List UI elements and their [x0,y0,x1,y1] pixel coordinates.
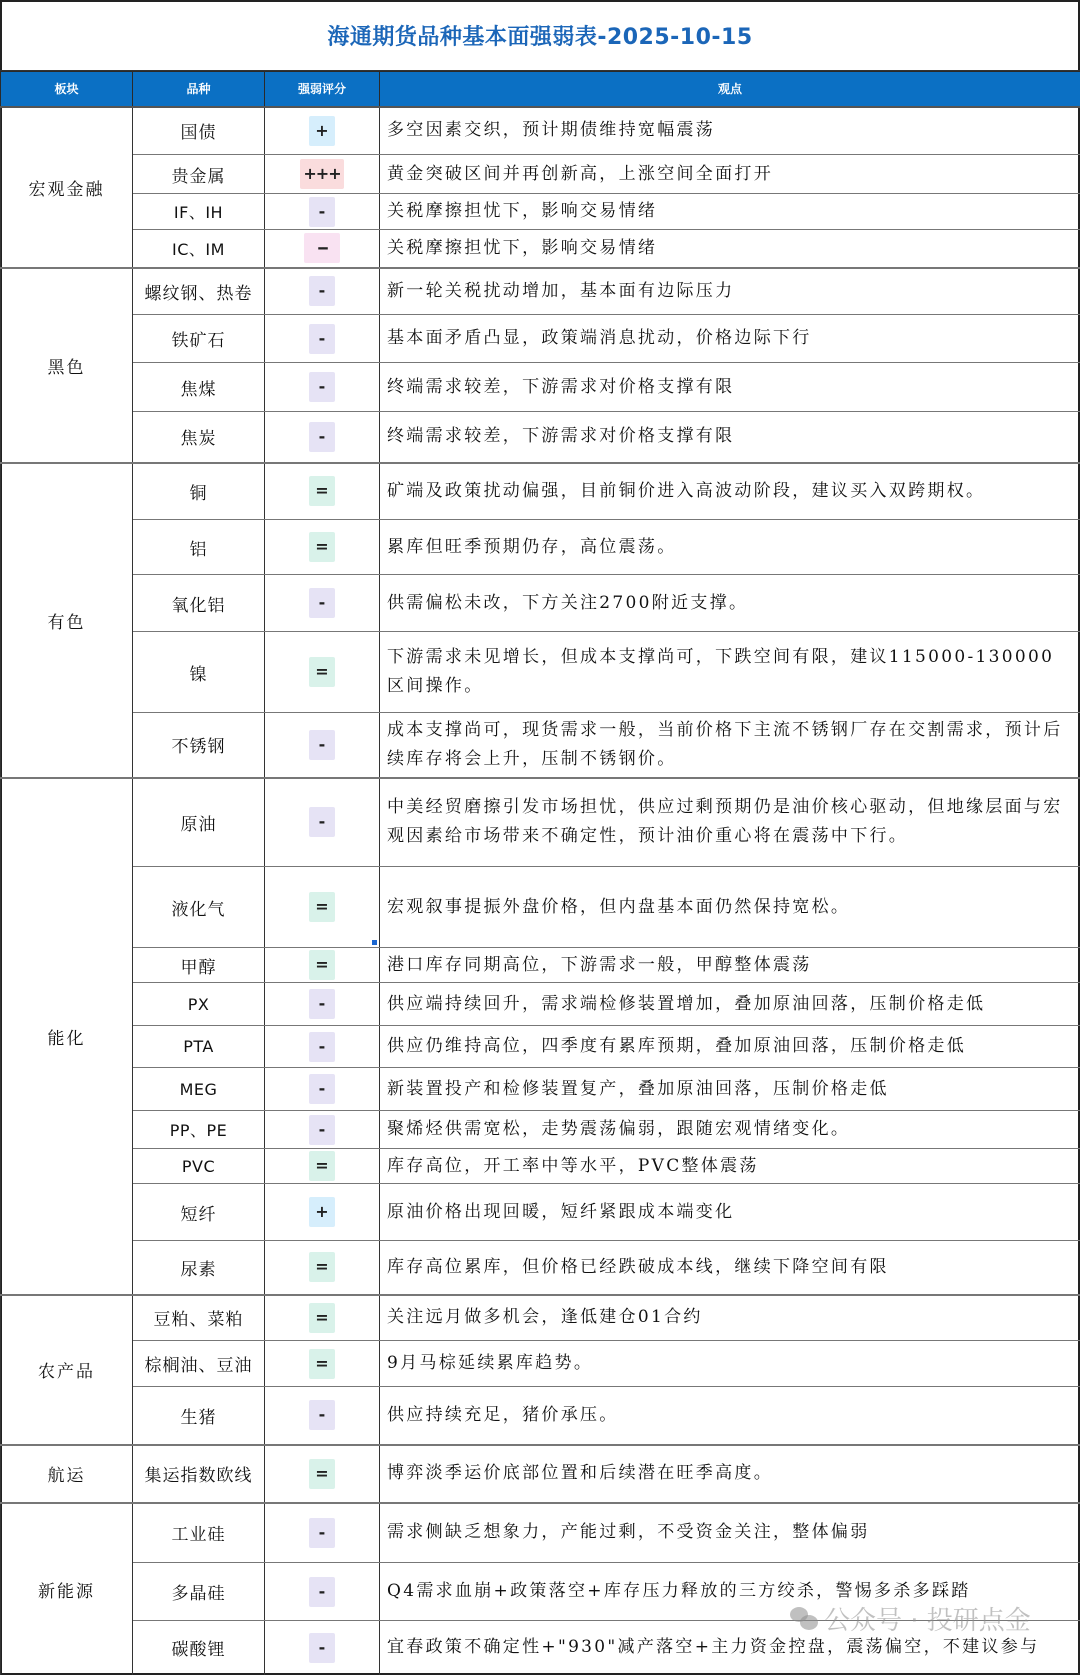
view-cell: 终端需求较差，下游需求对价格支撑有限 [380,363,1080,412]
rating-cell: -- [265,230,380,268]
variety-cell: 螺纹钢、热卷 [133,268,265,315]
table-row: 棕榈油、豆油=9月马棕延续累库趋势。 [1,1341,1080,1387]
table-row: 短纤+原油价格出现回暖，短纤紧跟成本端变化 [1,1184,1080,1241]
rating-cell: - [265,1503,380,1563]
view-cell: 多空因素交织，预计期债维持宽幅震荡 [380,107,1080,155]
variety-cell: 甲醇 [133,948,265,983]
rating-badge: - [309,422,335,452]
rating-badge: -- [304,233,340,263]
table-row: 农产品豆粕、菜粕=关注远月做多机会，逢低建仓01合约 [1,1295,1080,1341]
rating-badge: - [309,807,335,837]
header-view: 观点 [380,72,1080,107]
rating-cell: - [265,778,380,867]
rating-badge: = [309,1151,335,1181]
variety-cell: 生猪 [133,1387,265,1445]
rating-badge: = [309,657,335,687]
variety-cell: 铁矿石 [133,315,265,363]
table-row: IC、IM--关税摩擦担忧下，影响交易情绪 [1,230,1080,268]
rating-cell: - [265,1068,380,1111]
table-row: 新能源工业硅-需求侧缺乏想象力，产能过剩，不受资金关注，整体偏弱 [1,1503,1080,1563]
variety-cell: MEG [133,1068,265,1111]
view-cell: 港口库存同期高位，下游需求一般，甲醇整体震荡 [380,948,1080,983]
view-cell: 供应端持续回升，需求端检修装置增加，叠加原油回落，压制价格走低 [380,983,1080,1026]
rating-cell: = [265,948,380,983]
variety-cell: 原油 [133,778,265,867]
rating-badge: - [309,1115,335,1145]
rating-cell: +++ [265,155,380,194]
rating-badge: - [309,197,335,227]
table-row: 液化气=宏观叙事提振外盘价格，但内盘基本面仍然保持宽松。 [1,867,1080,948]
table-row: 铝=累库但旺季预期仍存，高位震荡。 [1,520,1080,575]
variety-cell: 棕榈油、豆油 [133,1341,265,1387]
view-cell: 关税摩擦担忧下，影响交易情绪 [380,230,1080,268]
rating-cell: + [265,1184,380,1241]
sector-cell: 农产品 [1,1295,133,1445]
table-row: 尿素=库存高位累库，但价格已经跌破成本线，继续下降空间有限 [1,1241,1080,1295]
variety-cell: 工业硅 [133,1503,265,1563]
view-cell: 中美经贸磨擦引发市场担忧，供应过剩预期仍是油价核心驱动，但地缘层面与宏观因素给市… [380,778,1080,867]
rating-cell: = [265,1445,380,1503]
variety-cell: 不锈钢 [133,713,265,778]
rating-badge: - [309,1400,335,1430]
rating-badge: +++ [300,159,343,189]
rating-badge: = [309,532,335,562]
variety-cell: 多晶硅 [133,1563,265,1621]
view-cell: 博弈淡季运价底部位置和后续潜在旺季高度。 [380,1445,1080,1503]
variety-cell: IF、IH [133,194,265,230]
variety-cell: 国债 [133,107,265,155]
rating-cell: - [265,713,380,778]
view-cell: 基本面矛盾凸显，政策端消息扰动，价格边际下行 [380,315,1080,363]
view-cell: 关税摩擦担忧下，影响交易情绪 [380,194,1080,230]
rating-badge: = [309,892,335,922]
title-bar: 海通期货品种基本面强弱表-2025-10-15 [0,0,1080,71]
variety-cell: 尿素 [133,1241,265,1295]
view-cell: 宏观叙事提振外盘价格，但内盘基本面仍然保持宽松。 [380,867,1080,948]
rating-badge: - [309,1577,335,1607]
rating-badge: - [309,1518,335,1548]
view-cell: 供应仍维持高位，四季度有累库预期，叠加原油回落，压制价格走低 [380,1026,1080,1068]
table-row: 多晶硅-Q4需求血崩+政策落空+库存压力释放的三方绞杀，警惕多杀多踩踏 [1,1563,1080,1621]
sector-cell: 能化 [1,778,133,1295]
rating-badge: - [309,324,335,354]
rating-cell: - [265,575,380,632]
view-cell: 库存高位累库，但价格已经跌破成本线，继续下降空间有限 [380,1241,1080,1295]
rating-cell: = [265,867,380,948]
rating-badge: - [309,276,335,306]
variety-cell: 集运指数欧线 [133,1445,265,1503]
rating-cell: - [265,1563,380,1621]
view-cell: 库存高位，开工率中等水平，PVC整体震荡 [380,1149,1080,1184]
variety-cell: PX [133,983,265,1026]
variety-cell: 贵金属 [133,155,265,194]
table-body: 宏观金融国债+多空因素交织，预计期债维持宽幅震荡贵金属+++黄金突破区间并再创新… [1,107,1080,1675]
view-cell: 供应持续充足，猪价承压。 [380,1387,1080,1445]
table-row: 氧化铝-供需偏松未改，下方关注2700附近支撑。 [1,575,1080,632]
rating-badge: - [309,730,335,760]
cell-selection-handle [372,940,377,945]
rating-cell: = [265,520,380,575]
rating-badge: - [309,1074,335,1104]
table-row: 黑色螺纹钢、热卷-新一轮关税扰动增加，基本面有边际压力 [1,268,1080,315]
table-row: 能化原油-中美经贸磨擦引发市场担忧，供应过剩预期仍是油价核心驱动，但地缘层面与宏… [1,778,1080,867]
rating-badge: - [309,372,335,402]
table-row: 不锈钢-成本支撑尚可，现货需求一般，当前价格下主流不锈钢厂存在交割需求，预计后续… [1,713,1080,778]
rating-cell: - [265,1621,380,1675]
rating-badge: = [309,476,335,506]
rating-cell: = [265,1295,380,1341]
rating-cell: - [265,194,380,230]
sector-cell: 航运 [1,1445,133,1503]
table-row: 焦炭-终端需求较差，下游需求对价格支撑有限 [1,412,1080,463]
variety-cell: PP、PE [133,1111,265,1149]
rating-badge: - [309,1032,335,1062]
table-row: MEG-新装置投产和检修装置复产，叠加原油回落，压制价格走低 [1,1068,1080,1111]
rating-cell: = [265,632,380,713]
view-cell: 黄金突破区间并再创新高，上涨空间全面打开 [380,155,1080,194]
table-row: 有色铜=矿端及政策扰动偏强，目前铜价进入高波动阶段，建议买入双跨期权。 [1,463,1080,520]
view-cell: 需求侧缺乏想象力，产能过剩，不受资金关注，整体偏弱 [380,1503,1080,1563]
table-row: 焦煤-终端需求较差，下游需求对价格支撑有限 [1,363,1080,412]
variety-cell: 氧化铝 [133,575,265,632]
rating-cell: = [265,1341,380,1387]
table-row: PTA-供应仍维持高位，四季度有累库预期，叠加原油回落，压制价格走低 [1,1026,1080,1068]
table-row: PVC=库存高位，开工率中等水平，PVC整体震荡 [1,1149,1080,1184]
rating-badge: + [309,116,335,146]
header-row: 板块 品种 强弱评分 观点 [1,72,1080,107]
rating-badge: = [309,1349,335,1379]
view-cell: 下游需求未见增长，但成本支撑尚可，下跌空间有限，建议115000-130000区… [380,632,1080,713]
variety-cell: PVC [133,1149,265,1184]
variety-cell: 短纤 [133,1184,265,1241]
table-row: IF、IH-关税摩擦担忧下，影响交易情绪 [1,194,1080,230]
rating-cell: = [265,1149,380,1184]
strength-table: 板块 品种 强弱评分 观点 宏观金融国债+多空因素交织，预计期债维持宽幅震荡贵金… [0,71,1080,1675]
rating-cell: - [265,412,380,463]
view-cell: 新一轮关税扰动增加，基本面有边际压力 [380,268,1080,315]
rating-badge: - [309,1633,335,1663]
view-cell: 矿端及政策扰动偏强，目前铜价进入高波动阶段，建议买入双跨期权。 [380,463,1080,520]
variety-cell: 碳酸锂 [133,1621,265,1675]
table-row: 航运集运指数欧线=博弈淡季运价底部位置和后续潜在旺季高度。 [1,1445,1080,1503]
variety-cell: 液化气 [133,867,265,948]
rating-cell: - [265,1111,380,1149]
table-row: 碳酸锂-宜春政策不确定性+"930"减产落空+主力资金控盘，震荡偏空，不建议参与 [1,1621,1080,1675]
rating-cell: - [265,268,380,315]
view-cell: 新装置投产和检修装置复产，叠加原油回落，压制价格走低 [380,1068,1080,1111]
header-sector: 板块 [1,72,133,107]
variety-cell: 焦炭 [133,412,265,463]
header-variety: 品种 [133,72,265,107]
sector-cell: 宏观金融 [1,107,133,268]
view-cell: 聚烯烃供需宽松，走势震荡偏弱，跟随宏观情绪变化。 [380,1111,1080,1149]
rating-cell: - [265,315,380,363]
table-row: 宏观金融国债+多空因素交织，预计期债维持宽幅震荡 [1,107,1080,155]
view-cell: 宜春政策不确定性+"930"减产落空+主力资金控盘，震荡偏空，不建议参与 [380,1621,1080,1675]
rating-badge: = [309,1252,335,1282]
view-cell: 原油价格出现回暖，短纤紧跟成本端变化 [380,1184,1080,1241]
view-cell: Q4需求血崩+政策落空+库存压力释放的三方绞杀，警惕多杀多踩踏 [380,1563,1080,1621]
view-cell: 供需偏松未改，下方关注2700附近支撑。 [380,575,1080,632]
rating-badge: - [309,989,335,1019]
rating-cell: + [265,107,380,155]
rating-cell: - [265,1026,380,1068]
rating-badge: = [309,1459,335,1489]
view-cell: 累库但旺季预期仍存，高位震荡。 [380,520,1080,575]
variety-cell: 镍 [133,632,265,713]
sector-cell: 有色 [1,463,133,778]
variety-cell: 铜 [133,463,265,520]
variety-cell: IC、IM [133,230,265,268]
header-rating: 强弱评分 [265,72,380,107]
rating-badge: + [309,1197,335,1227]
table-row: 贵金属+++黄金突破区间并再创新高，上涨空间全面打开 [1,155,1080,194]
rating-badge: = [309,950,335,980]
sector-cell: 黑色 [1,268,133,463]
table-row: PX-供应端持续回升，需求端检修装置增加，叠加原油回落，压制价格走低 [1,983,1080,1026]
rating-cell: - [265,363,380,412]
view-cell: 终端需求较差，下游需求对价格支撑有限 [380,412,1080,463]
table-row: PP、PE-聚烯烃供需宽松，走势震荡偏弱，跟随宏观情绪变化。 [1,1111,1080,1149]
view-cell: 成本支撑尚可，现货需求一般，当前价格下主流不锈钢厂存在交割需求，预计后续库存将会… [380,713,1080,778]
rating-cell: - [265,983,380,1026]
variety-cell: 铝 [133,520,265,575]
sector-cell: 新能源 [1,1503,133,1675]
view-cell: 9月马棕延续累库趋势。 [380,1341,1080,1387]
page-title: 海通期货品种基本面强弱表-2025-10-15 [327,20,752,51]
rating-cell: = [265,1241,380,1295]
rating-cell: = [265,463,380,520]
table-row: 镍=下游需求未见增长，但成本支撑尚可，下跌空间有限，建议115000-13000… [1,632,1080,713]
table-row: 甲醇=港口库存同期高位，下游需求一般，甲醇整体震荡 [1,948,1080,983]
variety-cell: PTA [133,1026,265,1068]
rating-badge: = [309,1303,335,1333]
table-row: 生猪-供应持续充足，猪价承压。 [1,1387,1080,1445]
rating-cell: - [265,1387,380,1445]
variety-cell: 焦煤 [133,363,265,412]
variety-cell: 豆粕、菜粕 [133,1295,265,1341]
rating-badge: - [309,588,335,618]
table-row: 铁矿石-基本面矛盾凸显，政策端消息扰动，价格边际下行 [1,315,1080,363]
view-cell: 关注远月做多机会，逢低建仓01合约 [380,1295,1080,1341]
